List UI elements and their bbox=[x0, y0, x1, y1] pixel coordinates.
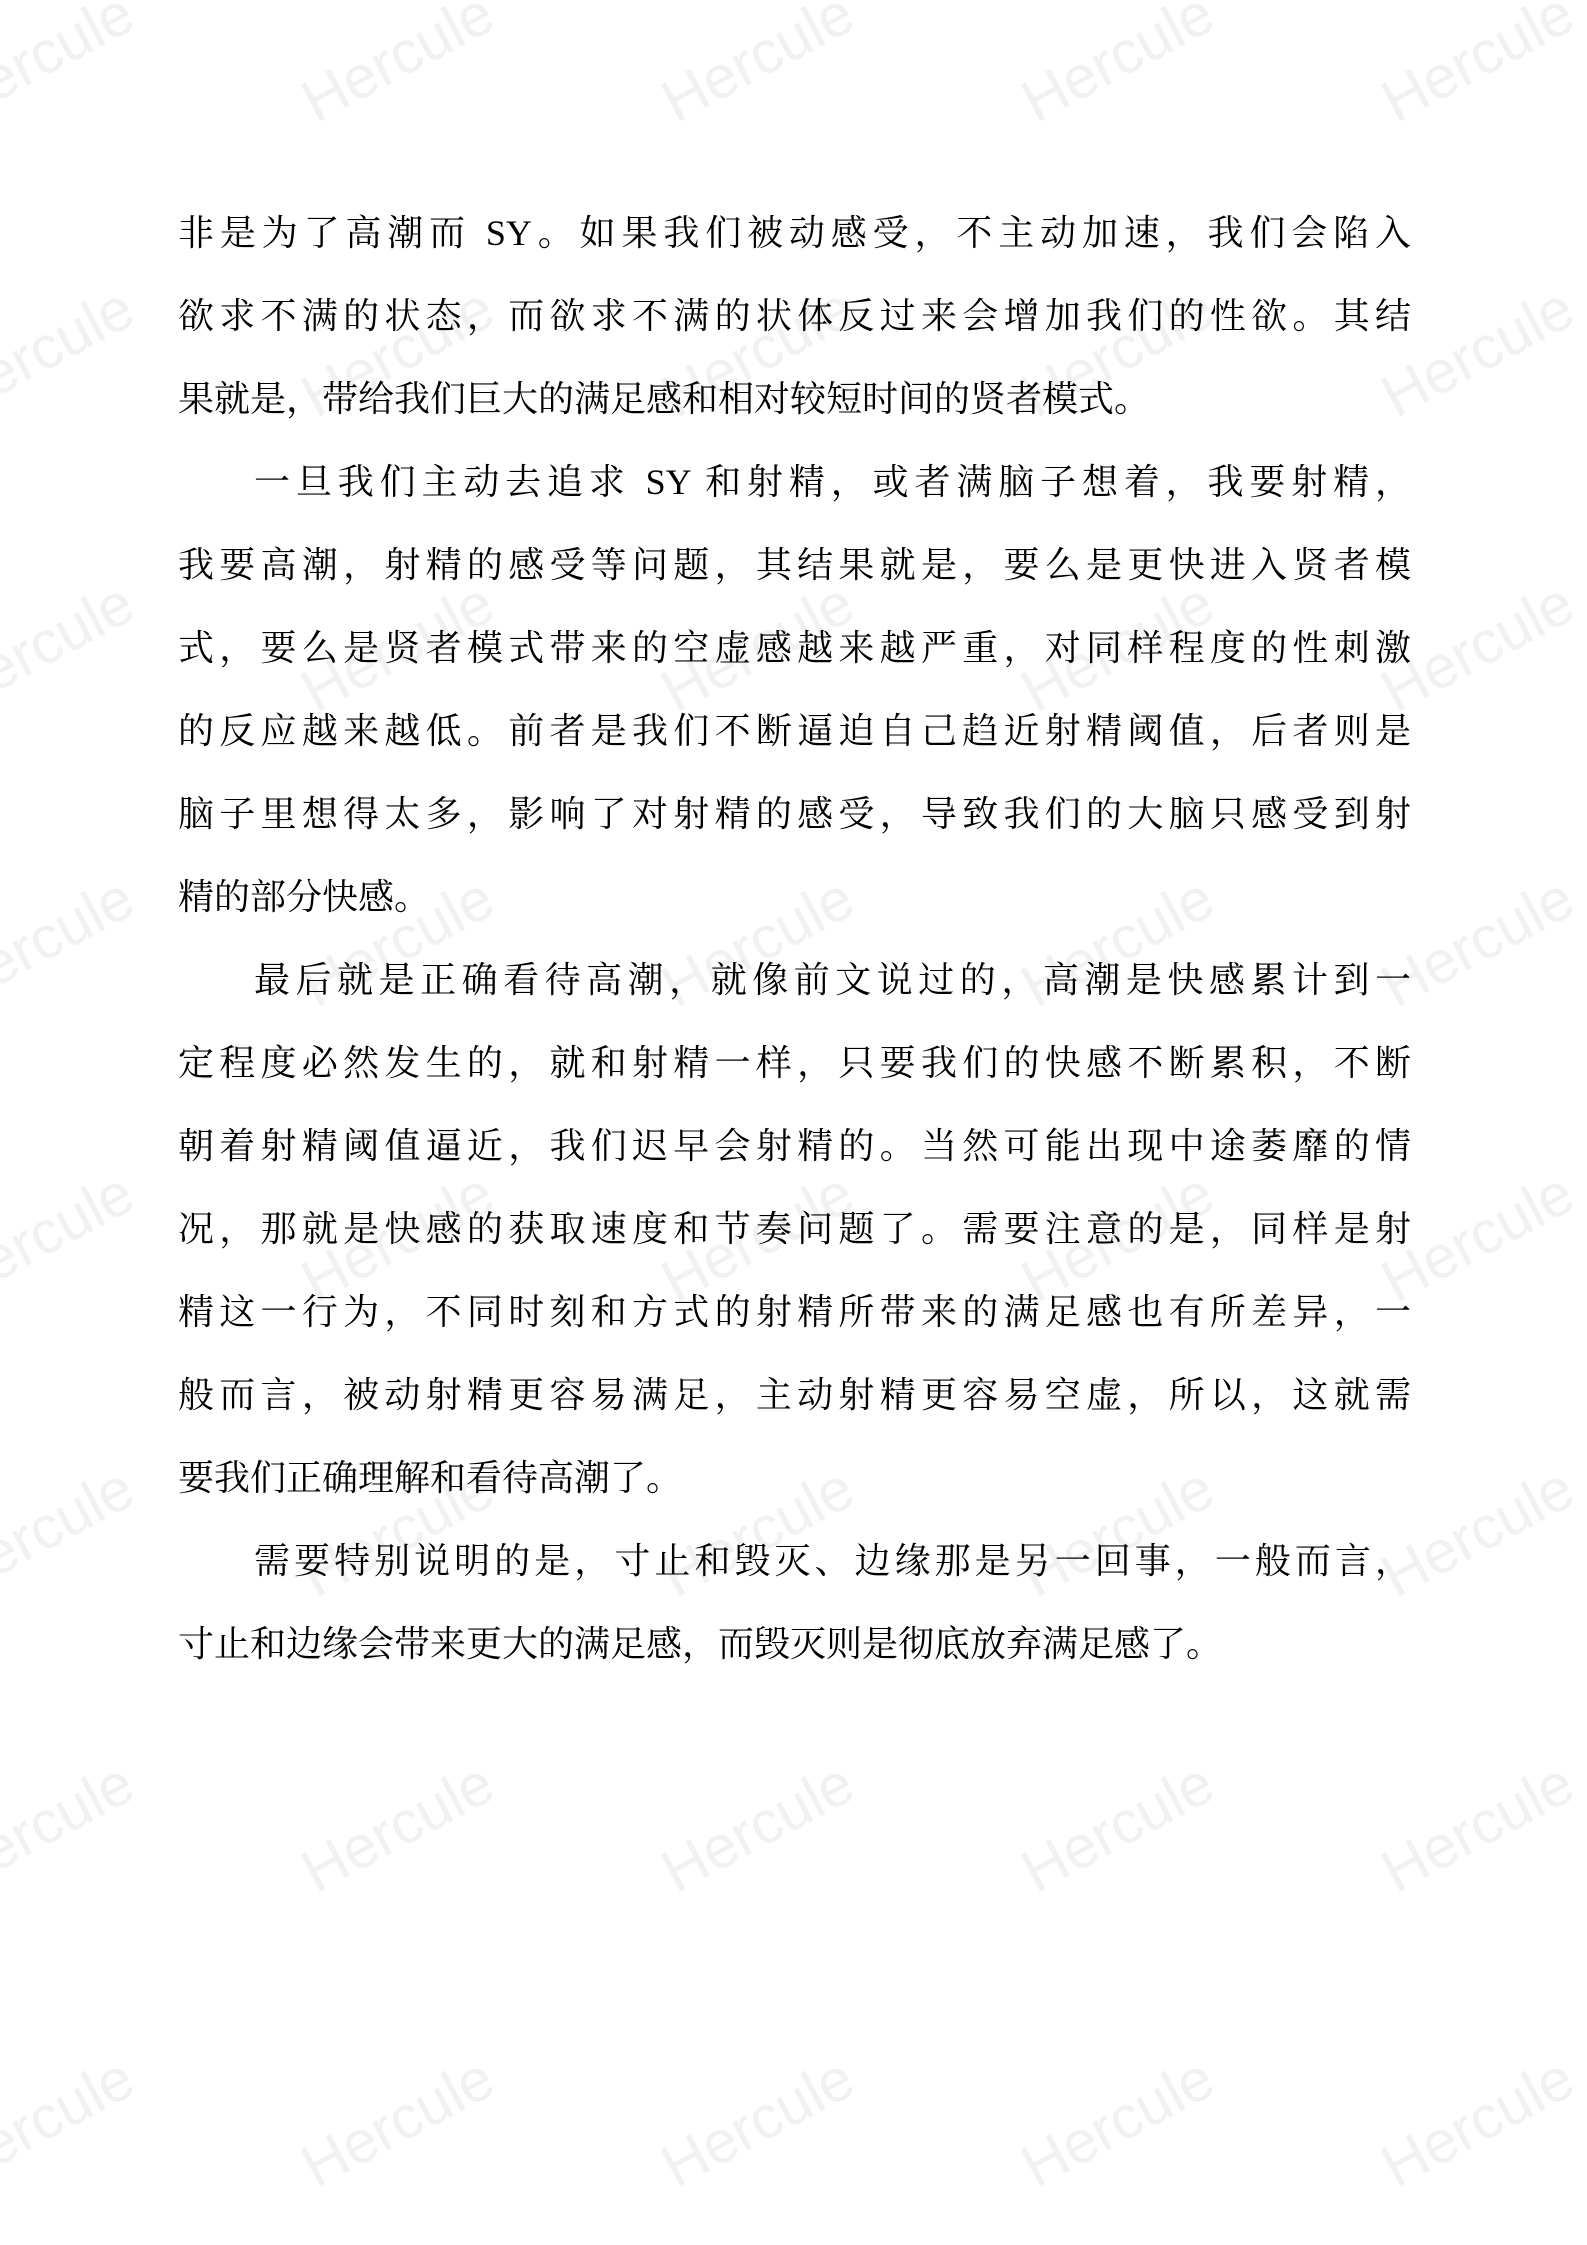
text-line: 寸止和边缘会带来更大的满足感，而毁灭则是彻底放弃满足感了。 bbox=[178, 1603, 1411, 1686]
watermark-text: Hercule bbox=[0, 568, 145, 726]
paragraph: 一旦我们主动去追求 SY 和射精，或者满脑子想着，我要射精，我要高潮，射精的感受… bbox=[178, 441, 1411, 939]
watermark-text: Hercule bbox=[1370, 1748, 1585, 1906]
text-line: 果就是，带给我们巨大的满足感和相对较短时间的贤者模式。 bbox=[178, 358, 1411, 441]
watermark-text: Hercule bbox=[0, 863, 145, 1021]
watermark-text: Hercule bbox=[0, 1748, 145, 1906]
paragraph: 需要特别说明的是，寸止和毁灭、边缘那是另一回事，一般而言，寸止和边缘会带来更大的… bbox=[178, 1520, 1411, 1686]
watermark-text: Hercule bbox=[1370, 2043, 1585, 2201]
watermark-text: Hercule bbox=[0, 1453, 145, 1611]
text-line: 况，那就是快感的获取速度和节奏问题了。需要注意的是，同样是射 bbox=[178, 1188, 1411, 1271]
text-line: 非是为了高潮而 SY。如果我们被动感受，不主动加速，我们会陷入 bbox=[178, 192, 1411, 275]
text-line: 需要特别说明的是，寸止和毁灭、边缘那是另一回事，一般而言， bbox=[178, 1520, 1411, 1603]
text-line: 式，要么是贤者模式带来的空虚感越来越严重，对同样程度的性刺激 bbox=[178, 607, 1411, 690]
text-line: 最后就是正确看待高潮，就像前文说过的，高潮是快感累计到一 bbox=[178, 939, 1411, 1022]
text-line: 脑子里想得太多，影响了对射精的感受，导致我们的大脑只感受到射 bbox=[178, 773, 1411, 856]
watermark-text: Hercule bbox=[290, 0, 505, 136]
watermark-text: Hercule bbox=[0, 273, 145, 431]
watermark-text: Hercule bbox=[650, 2043, 865, 2201]
watermark-text: Hercule bbox=[1010, 1748, 1225, 1906]
watermark-text: Hercule bbox=[1370, 0, 1585, 136]
watermark-text: Hercule bbox=[290, 1748, 505, 1906]
text-line: 一旦我们主动去追求 SY 和射精，或者满脑子想着，我要射精， bbox=[178, 441, 1411, 524]
text-line: 我要高潮，射精的感受等问题，其结果就是，要么是更快进入贤者模 bbox=[178, 524, 1411, 607]
watermark-text: Hercule bbox=[0, 0, 145, 136]
watermark-text: Hercule bbox=[1010, 0, 1225, 136]
paragraph: 非是为了高潮而 SY。如果我们被动感受，不主动加速，我们会陷入欲求不满的状态，而… bbox=[178, 192, 1411, 441]
text-line: 般而言，被动射精更容易满足，主动射精更容易空虚，所以，这就需 bbox=[178, 1354, 1411, 1437]
watermark-text: Hercule bbox=[650, 1748, 865, 1906]
document-body: 非是为了高潮而 SY。如果我们被动感受，不主动加速，我们会陷入欲求不满的状态，而… bbox=[178, 192, 1411, 1686]
text-line: 朝着射精阈值逼近，我们迟早会射精的。当然可能出现中途萎靡的情 bbox=[178, 1105, 1411, 1188]
text-line: 欲求不满的状态，而欲求不满的状体反过来会增加我们的性欲。其结 bbox=[178, 275, 1411, 358]
paragraph: 最后就是正确看待高潮，就像前文说过的，高潮是快感累计到一定程度必然发生的，就和射… bbox=[178, 939, 1411, 1520]
document-page: HerculeHerculeHerculeHerculeHerculeHercu… bbox=[0, 0, 1587, 2245]
watermark-text: Hercule bbox=[650, 0, 865, 136]
text-line: 要我们正确理解和看待高潮了。 bbox=[178, 1437, 1411, 1520]
text-line: 精这一行为，不同时刻和方式的射精所带来的满足感也有所差异，一 bbox=[178, 1271, 1411, 1354]
watermark-text: Hercule bbox=[290, 2043, 505, 2201]
watermark-text: Hercule bbox=[1010, 2043, 1225, 2201]
text-line: 精的部分快感。 bbox=[178, 856, 1411, 939]
text-line: 的反应越来越低。前者是我们不断逼迫自己趋近射精阈值，后者则是 bbox=[178, 690, 1411, 773]
watermark-text: Hercule bbox=[0, 2043, 145, 2201]
watermark-text: Hercule bbox=[0, 1158, 145, 1316]
text-line: 定程度必然发生的，就和射精一样，只要我们的快感不断累积，不断 bbox=[178, 1022, 1411, 1105]
